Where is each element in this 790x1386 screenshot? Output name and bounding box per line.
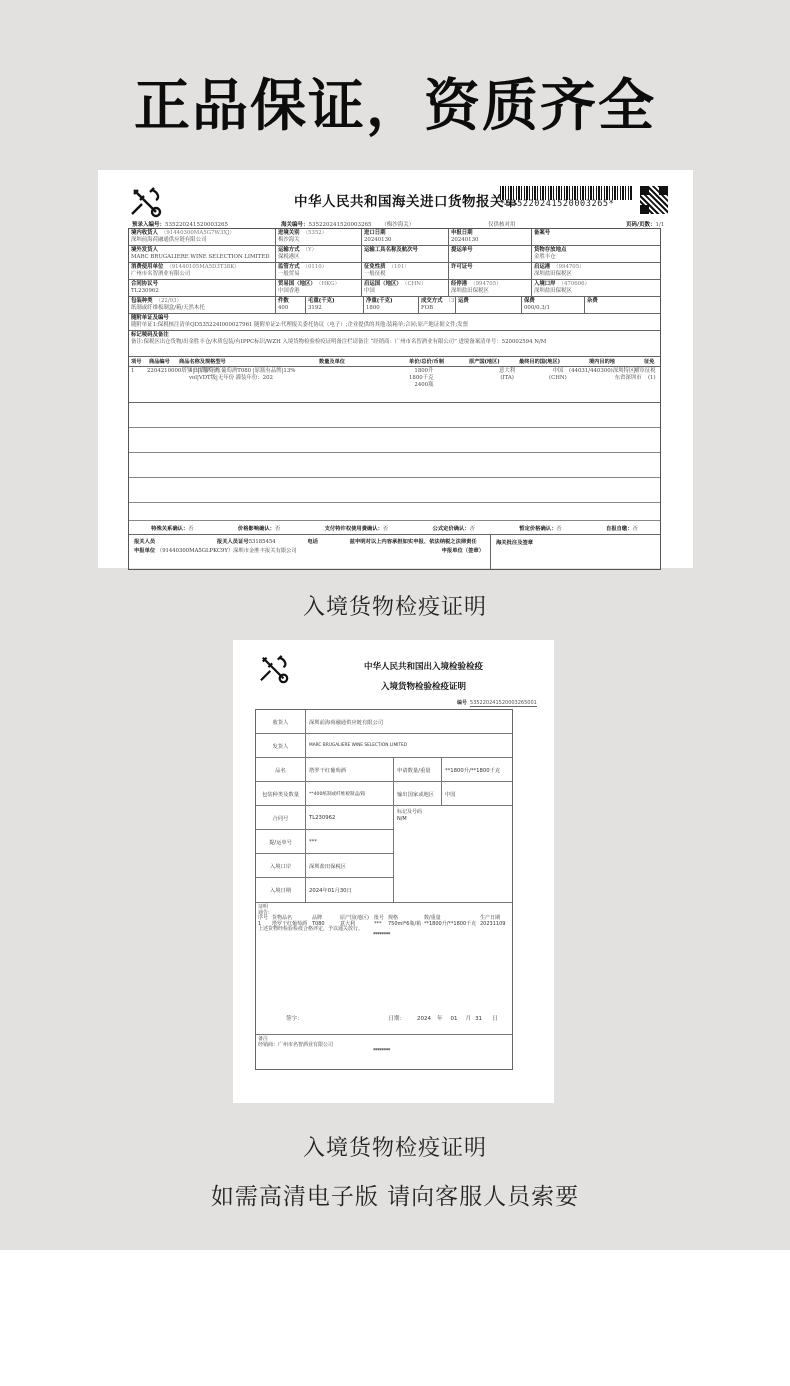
- empty-item-row: [129, 428, 660, 453]
- confirmation-item: 自报自缴：否: [606, 524, 638, 532]
- grid-cell: 境内收货人（91440300MA5G7W3XJ）深圳前海荷融通供应链有限公司: [129, 229, 276, 245]
- grid-cell: 备案号: [532, 229, 660, 245]
- grid-cell: 提运单号: [449, 246, 532, 262]
- remarks-row: 标记唛码及备注 备注:保税区出仓货物/出金胜丰仓/木质包装/有IPPC标识/WZ…: [129, 331, 660, 357]
- product-row: 品名 塔罗干红葡萄酒 申请数量/重量 **1800升/**1800千克: [256, 758, 512, 782]
- customs-declaration-document: 中华人民共和国海关进口货物报关单 *535220241520003265* 预录…: [98, 170, 693, 568]
- inspection-certificate-document: 中华人民共和国出入境检验检疫 入境货物检验检疫证明 编号535220241520…: [233, 640, 554, 1103]
- confirmation-item: 暂定价格确认：否: [519, 524, 561, 532]
- consignor-row: 发货人 MARC BRUGALIERE WINE SELECTION LIMIT…: [256, 734, 512, 758]
- misc-fees-cell: 杂费: [585, 297, 660, 313]
- watermark-text: 仅供核对用: [488, 220, 516, 228]
- grid-row: 消费使用单位（91440105MA5D3T38K）广州市名智酒业有限公司监管方式…: [129, 263, 660, 280]
- item-row: 12204210000塔罗干红葡萄酒4|3|塔罗干红葡萄酒T080 |原瓶有品牌…: [129, 367, 660, 403]
- column-header: 项号: [131, 358, 149, 365]
- column-header: 商品名称及规格型号: [179, 358, 319, 365]
- grid-cell: 入境口岸（470606）深圳盐田保税区: [532, 280, 660, 296]
- confirmation-item: 价格影响确认：否: [238, 524, 280, 532]
- declaration-grid: 境内收货人（91440300MA5G7W3XJ）深圳前海荷融通供应链有限公司进境…: [128, 228, 661, 570]
- signature-line: 签字： 日期： 2024 年 01 月 31 日: [256, 1017, 512, 1023]
- column-header: 境内目的地: [589, 358, 644, 365]
- net-weight-cell: 净重(千克)1800: [364, 297, 419, 313]
- empty-item-row: [129, 478, 660, 503]
- contact-note: 如需高清电子版 请向客服人员索要: [0, 1178, 790, 1211]
- items-header: 项号商品编号商品名称及规格型号数量及单位单价/总价/币制原产国(地区)最终目的国…: [129, 357, 660, 367]
- gross-weight-cell: 毛重(千克)3192: [306, 297, 364, 313]
- certificate-subtitle: 入境货物检验检疫证明: [233, 680, 554, 692]
- barcode: [500, 186, 632, 200]
- attached-docs-row: 随附单证及编号 随附单证1:保税核注清单QD535224I000027961 随…: [129, 314, 660, 331]
- grid-cell: 货物存放地点金胜丰仓: [532, 246, 660, 262]
- grid-row: 境外发货人MARC BRUGALIERE WINE SELECTION LIMI…: [129, 246, 660, 263]
- pieces-cell: 件数400: [276, 297, 306, 313]
- grid-cell: 合同协议号TL230962: [129, 280, 276, 296]
- column-header: 数量及单位: [319, 358, 409, 365]
- statement-block: 证明 通告: 序号货物品名品牌原产国(地区)批号规格数/重量生产日期 1塔罗干红…: [256, 903, 512, 1035]
- grid-cell: 启运港（994705）深圳盐田保税区: [532, 263, 660, 279]
- qr-code-icon: [640, 186, 668, 214]
- customs-emblem-icon: [130, 186, 164, 218]
- packing-row: 包装种类及数量 **400纸制或纤维板制盒/箱 输出国家或地区 中国: [256, 782, 512, 806]
- column-header: 征免: [644, 358, 674, 365]
- page-count: 页码/页数：1/1: [626, 220, 664, 228]
- grid-row: 境内收货人（91440300MA5G7W3XJ）深圳前海荷融通供应链有限公司进境…: [129, 229, 660, 246]
- grid-cell: 监管方式（0110）一般贸易: [276, 263, 362, 279]
- packing-cell: 包装种类（22/93） 纸制或纤维板制盒/箱/天然木托: [129, 297, 276, 313]
- grid-cell: 进口日期20240130: [362, 229, 449, 245]
- column-header: 单价/总价/币制: [409, 358, 469, 365]
- grid-cell: 经停港（994705）深圳盐田保税区: [449, 280, 532, 296]
- grid-cell: 启运国（地区）（CHN）中国: [362, 280, 449, 296]
- empty-item-row: [129, 503, 660, 521]
- freight-cell: 运费: [456, 297, 522, 313]
- grid-cell: 消费使用单位（91440105MA5D3T38K）广州市名智酒业有限公司: [129, 263, 276, 279]
- column-header: 原产国(地区): [469, 358, 519, 365]
- customs-number: 海关编号：535220241520003265 （梅沙海关）: [281, 220, 414, 228]
- details-block: 合同号 TL230962 提/运单号 *** 入境口岸 深圳盐田保税区 入境日期…: [256, 806, 512, 903]
- trade-terms-cell: 成交方式（3） FOB: [419, 297, 456, 313]
- barcode-text: *535220241520003265*: [500, 199, 635, 209]
- customs-doc-caption: 入境货物检疫证明: [0, 590, 790, 621]
- grid-cell: 申报日期20240130: [449, 229, 532, 245]
- page-headline: 正品保证，资质齐全: [0, 62, 790, 142]
- packing-row: 包装种类（22/93） 纸制或纤维板制盒/箱/天然木托 件数400 毛重(千克)…: [129, 297, 660, 314]
- empty-item-row: [129, 403, 660, 428]
- grid-cell: 进境关别（5352）梅沙海关: [276, 229, 362, 245]
- grid-cell: 境外发货人MARC BRUGALIERE WINE SELECTION LIMI…: [129, 246, 276, 262]
- column-header: 最终目的国(地区): [519, 358, 589, 365]
- grid-cell: 征免性质（101）一般征税: [362, 263, 449, 279]
- insurance-cell: 保费000/0.3/1: [522, 297, 585, 313]
- marks-cell: 标记及号码 N/M: [394, 806, 512, 902]
- column-header: 商品编号: [149, 358, 179, 365]
- grid-cell: 运输方式（Y）保税港区: [276, 246, 362, 262]
- empty-item-row: [129, 453, 660, 478]
- declaration-title: 中华人民共和国海关进口货物报关单: [294, 190, 518, 210]
- grid-cell: 许可证号: [449, 263, 532, 279]
- certificate-grid: 收货人 深圳前海荷融通供应链有限公司 发货人 MARC BRUGALIERE W…: [255, 709, 513, 1070]
- inspection-doc-caption: 入境货物检疫证明: [0, 1131, 790, 1162]
- certificate-title: 中华人民共和国出入境检验检疫: [233, 660, 554, 672]
- grid-cell: 运输工具名称及航次号: [362, 246, 449, 262]
- consignee-row: 收货人 深圳前海荷融通供应链有限公司: [256, 710, 512, 734]
- signature-section: 报关人员 报关人员证号53185454 电话 兹申明对以上内容承担如实申报、依法…: [129, 535, 660, 569]
- confirmation-item: 支付特许权使用费确认：否: [325, 524, 389, 532]
- confirmations-row: 特殊关系确认：否价格影响确认：否支付特许权使用费确认：否公式定价确认：否暂定价格…: [129, 521, 660, 535]
- preentry-number: 预录入编号：535220241520003265: [132, 220, 228, 228]
- confirmation-item: 特殊关系确认：否: [151, 524, 193, 532]
- confirmation-item: 公式定价确认：否: [433, 524, 475, 532]
- remarks-block: 备注 经销商：广州市名智酒业有限公司 ********: [256, 1035, 512, 1069]
- grid-row: 合同协议号TL230962贸易国（地区）（HKG）中国香港启运国（地区）（CHN…: [129, 280, 660, 297]
- grid-cell: 贸易国（地区）（HKG）中国香港: [276, 280, 362, 296]
- certificate-number: 编号535220241520003265001: [457, 699, 537, 707]
